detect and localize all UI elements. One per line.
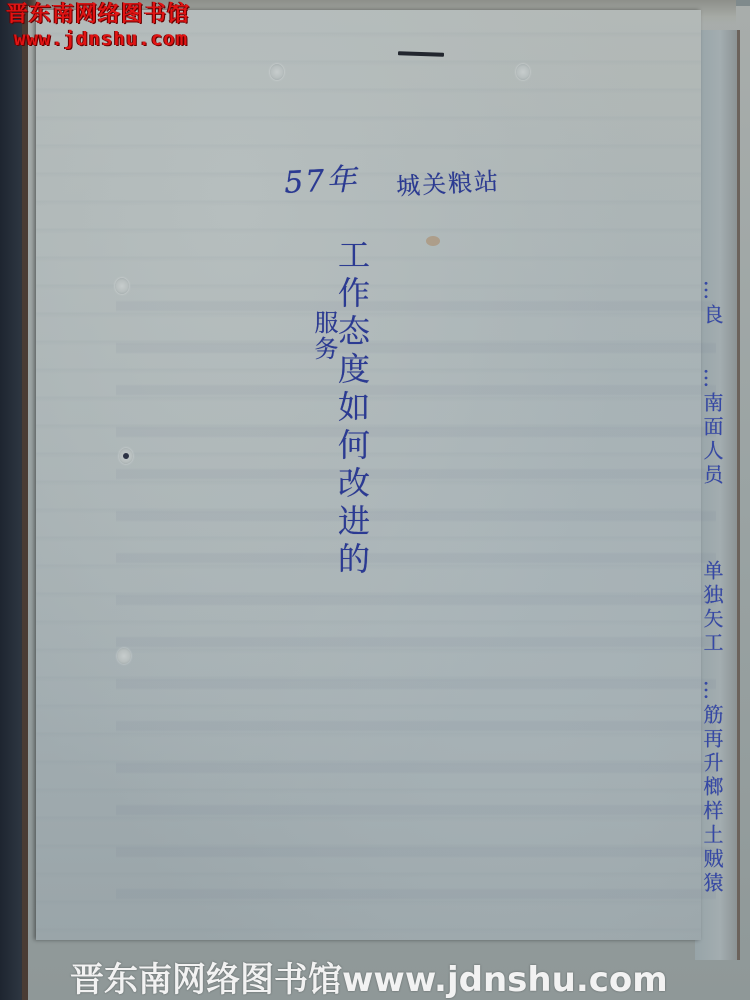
staple-hole-icon	[516, 64, 530, 80]
margin-note: …良	[701, 280, 723, 328]
punch-hole-icon	[117, 648, 131, 664]
watermark-top-left: 晋东南网络图书馆 www.jdnshu.com	[6, 2, 190, 50]
title-year: 57年	[283, 154, 359, 202]
margin-note: 单独矢工	[701, 560, 723, 656]
punch-hole-icon	[119, 448, 133, 464]
watermark-site-name: 晋东南网络图书馆	[6, 2, 190, 28]
punch-hole-icon	[115, 278, 129, 294]
margin-note: …南面人员	[701, 368, 723, 488]
title-organization: 城关粮站	[395, 161, 501, 201]
watermark-url: www.jdnshu.com	[6, 28, 190, 50]
heading-vertical: 工作态度如何改进的	[334, 238, 370, 580]
watermark-bottom: 晋东南网络图书馆www.jdnshu.com	[70, 952, 668, 1000]
staple-hole-icon	[270, 64, 284, 80]
paper-stain	[426, 236, 440, 246]
heading-insertion: 服务	[311, 310, 337, 362]
faded-typed-text-lines	[116, 270, 716, 910]
margin-note: …筋再升榔样土贼猿	[701, 680, 723, 896]
